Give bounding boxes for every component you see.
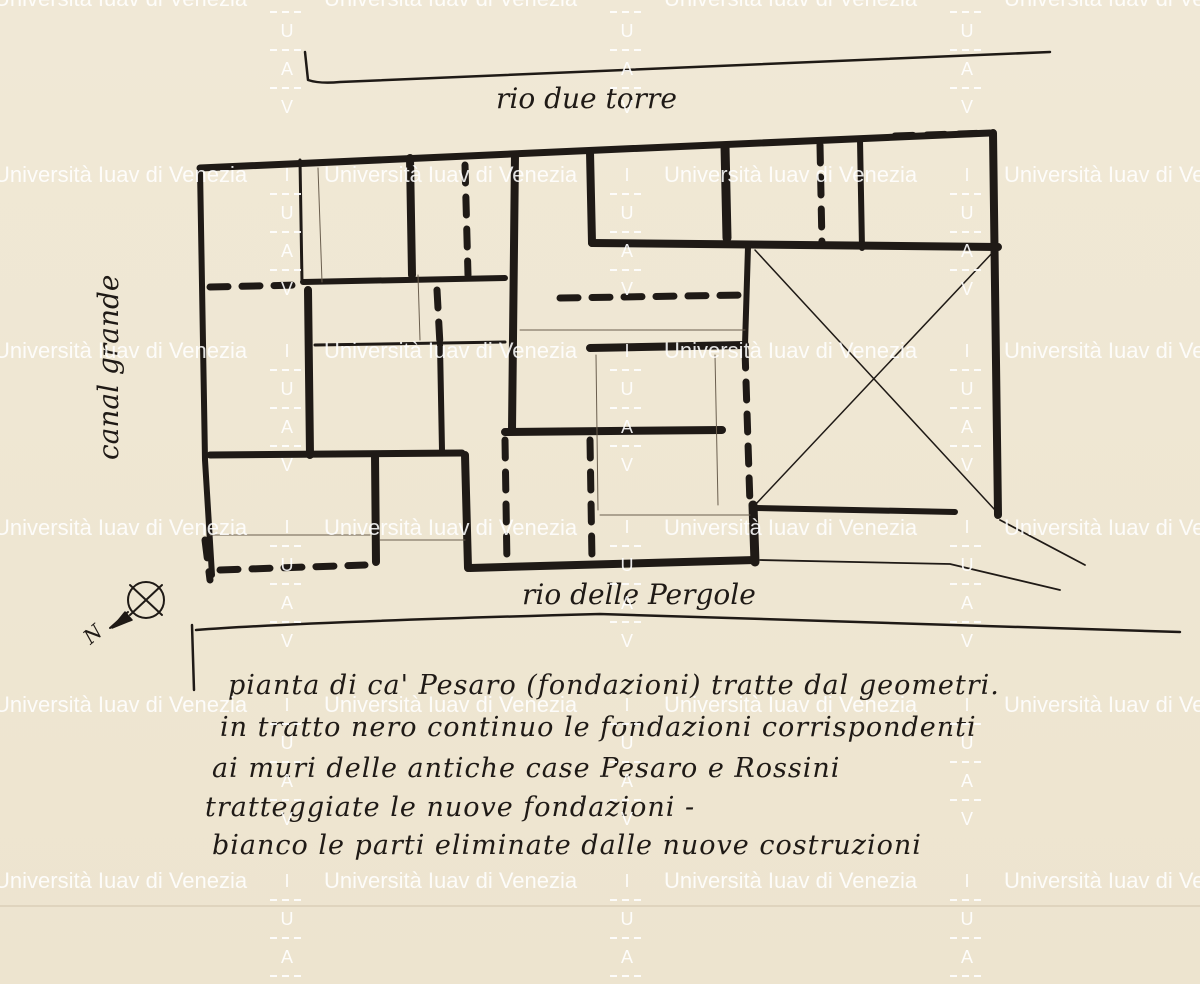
watermark-vertical-column: I U A V [270, 160, 304, 304]
watermark-vertical-column: I U A V [610, 512, 644, 656]
watermark-text: Università Iuav di Venezia [664, 338, 917, 364]
watermark-text: Università Iuav di Venezia [664, 692, 917, 718]
watermark-vertical-column: I U A V [610, 690, 644, 834]
watermark-vertical-column: I U A [610, 866, 644, 980]
watermark-vertical-column: U A V [950, 8, 984, 122]
watermark-text: Università Iuav di Venezia [324, 338, 577, 364]
watermark-text: Università Iuav di Venezia [324, 515, 577, 541]
watermark-vertical-column: I U A V [950, 336, 984, 480]
watermark-vertical-column: I U A [270, 866, 304, 980]
watermark-text: Università Iuav di Venezia [664, 868, 917, 894]
watermark-vertical-column: I U A V [610, 160, 644, 304]
watermark-text: Università Iuav di Venezia [0, 162, 247, 188]
top-canal-bank [305, 52, 1050, 83]
watermark-text: Università Iuav di Venezia [324, 692, 577, 718]
watermark-text: Università Iuav di Venezia [1004, 338, 1200, 364]
watermark-text: Università Iuav di Venezia [1004, 692, 1200, 718]
watermark-text: Università Iuav di Venezia [664, 162, 917, 188]
watermark-text: Università Iuav di Venezia [1004, 162, 1200, 188]
watermark-vertical-column: U A V [270, 8, 304, 122]
label-left-canal: canal grande [92, 275, 125, 461]
watermark-vertical-column: I U A V [270, 690, 304, 834]
watermark-vertical-column: I U A V [270, 512, 304, 656]
watermark-text: Università Iuav di Venezia [1004, 0, 1200, 12]
watermark-vertical-column: I U A V [610, 336, 644, 480]
watermark-text: Università Iuav di Venezia [324, 868, 577, 894]
watermark-text: Università Iuav di Venezia [324, 162, 577, 188]
watermark-vertical-column: I U A V [950, 160, 984, 304]
watermark-text: Università Iuav di Venezia [0, 338, 247, 364]
watermark-text: Università Iuav di Venezia [0, 692, 247, 718]
watermark-text: Università Iuav di Venezia [324, 0, 577, 12]
watermark-vertical-column: I U A V [950, 512, 984, 656]
watermark-vertical-column: U A V [610, 8, 644, 122]
watermark-text: Università Iuav di Venezia [1004, 515, 1200, 541]
label-top-canal: rio due torre [496, 82, 677, 115]
watermark-text: Università Iuav di Venezia [1004, 868, 1200, 894]
note-line-5: bianco le parti eliminate dalle nuove co… [212, 830, 922, 861]
watermark-vertical-column: I U A V [270, 336, 304, 480]
watermark-text: Università Iuav di Venezia [664, 0, 917, 12]
watermark-text: Università Iuav di Venezia [0, 0, 247, 12]
watermark-text: Università Iuav di Venezia [0, 515, 247, 541]
note-line-3: ai muri delle antiche case Pesaro e Ross… [212, 753, 840, 784]
watermark-vertical-column: I U A V [950, 690, 984, 834]
watermark-text: Università Iuav di Venezia [664, 515, 917, 541]
watermark-text: Università Iuav di Venezia [0, 868, 247, 894]
watermark-vertical-column: I U A [950, 866, 984, 980]
